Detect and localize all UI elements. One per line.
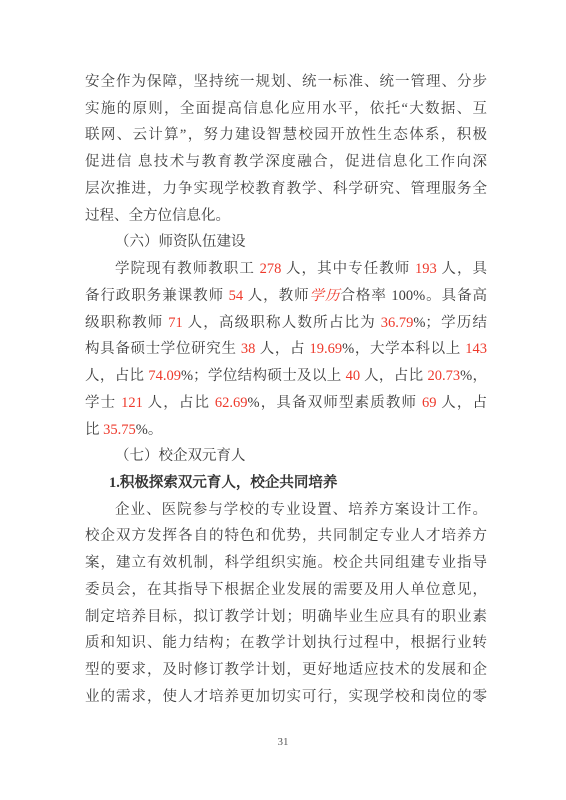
text-line: 企业、医院参与学校的专业设置、培养方案设计工作。 — [85, 497, 487, 524]
text-line: 级职称教师 71 人，高级职称人数所占比为 36.79%；学历结 — [85, 310, 487, 337]
body-text: 人，占比 — [360, 368, 427, 384]
highlighted-text: 40 — [346, 368, 361, 384]
section-heading-line: （六）师资队伍建设 — [85, 229, 487, 256]
body-text: 人，具 — [437, 261, 487, 277]
body-text: 级职称教师 — [85, 315, 168, 331]
body-text: %；学历结 — [413, 315, 487, 331]
body-text: 备行政职务兼课教师 — [85, 288, 229, 304]
text-line: 案，建立有效机制，科学组织实施。校企共同组建专业指导 — [85, 550, 487, 577]
body-text: 人，占 — [436, 395, 487, 411]
body-text: 人，占比 — [85, 368, 148, 384]
highlighted-text: 62.69 — [215, 395, 248, 411]
page-number: 31 — [0, 734, 566, 750]
document-page: 安全作为保障，坚持统一规划、统一标准、统一管理、分步实施的原则，全面提高信息化应… — [0, 0, 566, 800]
body-text: 合格率 100%。具备高 — [340, 288, 487, 304]
body-text: 人，其中专任教师 — [281, 261, 415, 277]
highlighted-text: 69 — [422, 395, 437, 411]
body-text: 人，高级职称人数所占比为 — [183, 315, 381, 331]
highlighted-text: 54 — [229, 288, 244, 304]
body-text: 业的需求，使人才培养更加切实可行，实现学校和岗位的零 — [85, 689, 487, 705]
body-text: （七）校企双元育人 — [115, 448, 246, 464]
highlighted-text: 35.75 — [103, 422, 136, 438]
body-text: 制定培养目标，拟订教学计划；明确毕业生应具有的职业素 — [85, 609, 487, 625]
text-line: 促进信 息技术与教育教学深度融合，促进信息化工作向深 — [85, 149, 487, 176]
body-text: 案，建立有效机制，科学组织实施。校企共同组建专业指导 — [85, 555, 487, 571]
text-line: 安全作为保障，坚持统一规划、统一标准、统一管理、分步 — [85, 69, 487, 96]
body-text: 型的要求，及时修订教学计划，更好地适应技术的发展和企 — [85, 662, 487, 678]
body-text: %。 — [136, 422, 163, 438]
body-text: 校企双方发挥各自的特色和优势，共同制定专业人才培养方 — [85, 528, 487, 544]
body-text: 质和知识、能力结构；在教学计划执行过程中，根据行业转 — [85, 635, 487, 651]
body-text: 委员会，在其指导下根据企业发展的需要及用人单位意见， — [85, 582, 487, 598]
sub-heading-line: 1.积极探索双元育人，校企共同培养 — [85, 470, 487, 497]
text-block: 安全作为保障，坚持统一规划、统一标准、统一管理、分步实施的原则，全面提高信息化应… — [85, 69, 487, 711]
body-text: %，具备双师型素质教师 — [248, 395, 422, 411]
body-text: 学士 — [85, 395, 121, 411]
text-line: 比 35.75%。 — [85, 417, 487, 444]
highlighted-text: 74.09 — [148, 368, 181, 384]
highlighted-text: 学历 — [310, 288, 341, 304]
text-line: 学士 121 人，占比 62.69%，具备双师型素质教师 69 人，占 — [85, 390, 487, 417]
section-heading-line: （七）校企双元育人 — [85, 443, 487, 470]
text-line: 构具备硕士学位研究生 38 人，占 19.69%，大学本科以上 143 — [85, 336, 487, 363]
text-line: 制定培养目标，拟订教学计划；明确毕业生应具有的职业素 — [85, 604, 487, 631]
text-line: 人，占比 74.09%；学位结构硕士及以上 40 人，占比 20.73%， — [85, 363, 487, 390]
text-line: 实施的原则，全面提高信息化应用水平，依托“大数据、互 — [85, 96, 487, 123]
body-text: 过程、全方位信息化。 — [85, 208, 230, 224]
body-text: %， — [460, 368, 487, 384]
highlighted-text: 36.79 — [381, 315, 414, 331]
highlighted-text: 193 — [415, 261, 437, 277]
body-text: 1.积极探索双元育人，校企共同培养 — [109, 475, 337, 491]
body-text: 学院现有教师教职工 — [115, 261, 260, 277]
text-line: 过程、全方位信息化。 — [85, 203, 487, 230]
body-text: 层次推进，力争实现学校教育教学、科学研究、管理服务全 — [85, 181, 487, 197]
text-line: 备行政职务兼课教师 54 人，教师学历合格率 100%。具备高 — [85, 283, 487, 310]
text-line: 质和知识、能力结构；在教学计划执行过程中，根据行业转 — [85, 630, 487, 657]
body-text: 比 — [85, 422, 103, 438]
text-line: 联网、云计算”，努力建设智慧校园开放性生态体系，积极 — [85, 122, 487, 149]
text-line: 学院现有教师教职工 278 人，其中专任教师 193 人，具 — [85, 256, 487, 283]
body-text: 构具备硕士学位研究生 — [85, 341, 241, 357]
body-text: 人，占比 — [143, 395, 215, 411]
text-line: 委员会，在其指导下根据企业发展的需要及用人单位意见， — [85, 577, 487, 604]
body-text: 企业、医院参与学校的专业设置、培养方案设计工作。 — [115, 502, 487, 518]
body-text: 促进信 息技术与教育教学深度融合，促进信息化工作向深 — [85, 154, 487, 170]
body-text: （六）师资队伍建设 — [115, 234, 246, 250]
highlighted-text: 38 — [241, 341, 256, 357]
highlighted-text: 71 — [168, 315, 183, 331]
highlighted-text: 278 — [260, 261, 282, 277]
text-line: 校企双方发挥各自的特色和优势，共同制定专业人才培养方 — [85, 523, 487, 550]
body-text: %，大学本科以上 — [342, 341, 465, 357]
highlighted-text: 121 — [121, 395, 143, 411]
highlighted-text: 19.69 — [309, 341, 342, 357]
highlighted-text: 143 — [465, 341, 487, 357]
body-text: 实施的原则，全面提高信息化应用水平，依托“大数据、互 — [85, 101, 487, 117]
body-text: 人，教师 — [243, 288, 309, 304]
text-line: 型的要求，及时修订教学计划，更好地适应技术的发展和企 — [85, 657, 487, 684]
body-text: 人，占 — [255, 341, 309, 357]
body-text: %；学位结构硕士及以上 — [181, 368, 346, 384]
body-text: 安全作为保障，坚持统一规划、统一标准、统一管理、分步 — [85, 74, 487, 90]
text-line: 层次推进，力争实现学校教育教学、科学研究、管理服务全 — [85, 176, 487, 203]
body-text: 联网、云计算”，努力建设智慧校园开放性生态体系，积极 — [85, 127, 487, 143]
text-line: 业的需求，使人才培养更加切实可行，实现学校和岗位的零 — [85, 684, 487, 711]
highlighted-text: 20.73 — [427, 368, 460, 384]
